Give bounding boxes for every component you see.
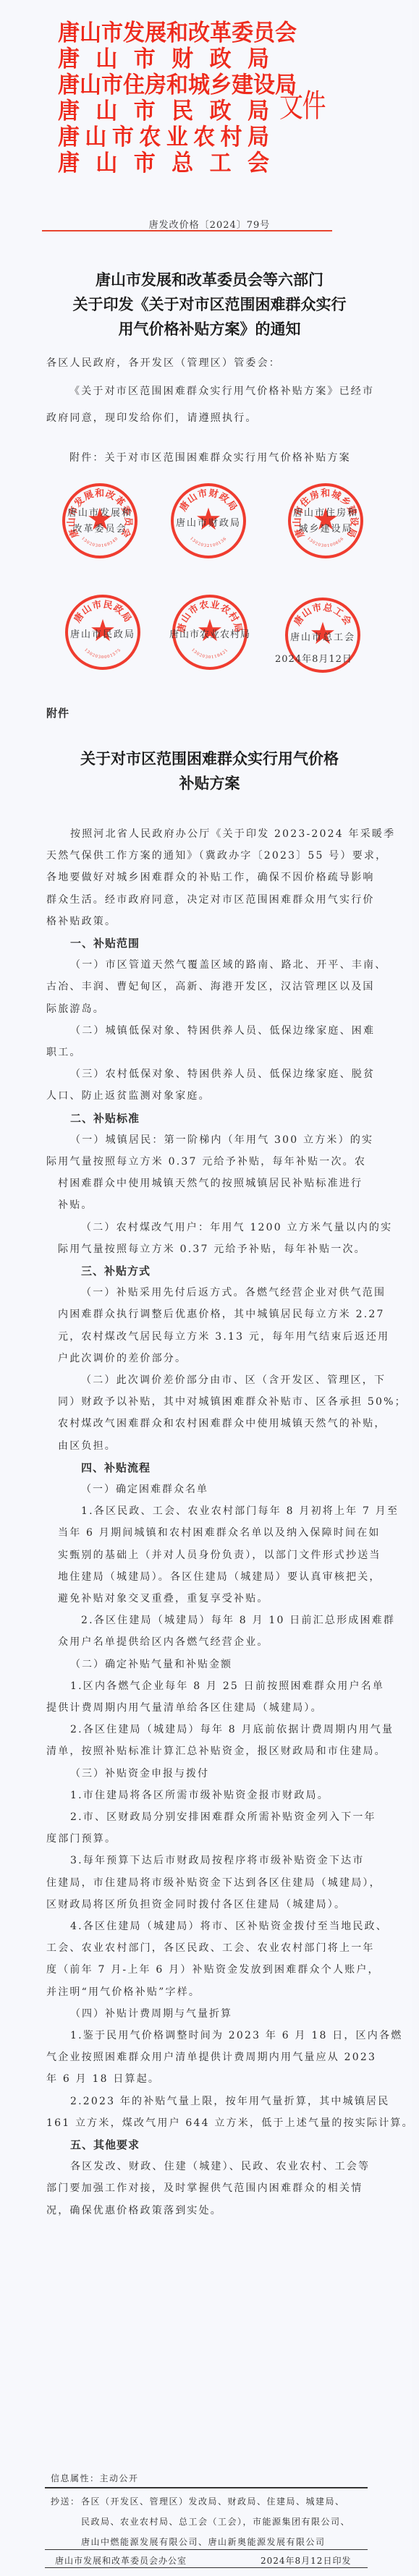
body-line: 众用户名单提供给区内各燃气经营企业。 — [58, 1635, 269, 1649]
body-line: 元，农村煤改气居民每立方米 3.13 元，每年用气结束后返还用 — [58, 1330, 389, 1344]
issuer-line: 唐山市农业农村局 — [58, 124, 269, 150]
seal-org-label: 城乡建设局 — [289, 521, 362, 535]
body-line: （三）农村低保对象、特困供养人员、低保边缘家庭、脱贫 — [70, 1067, 375, 1081]
notice-title-line-2: 关于印发《关于对市区范围困难群众实行 — [0, 292, 419, 317]
body-line: 人口、防止返贫监测对象家庭。 — [46, 1089, 211, 1103]
body-line: 1.区内各燃气企业每年 8 月 25 日前按照困难群众用户名单 — [70, 1679, 384, 1693]
body-line: 1.鉴于民用气价格调整时间为 2023 年 6 月 18 日，区内各燃 — [70, 2028, 402, 2043]
body-line: 实甄别的基础上（并对人员身份负责），以部门文件形式抄送当 — [58, 1548, 381, 1563]
body-line: 天然气保供工作方案的通知》（冀政办字〔2023〕55 号）要求， — [46, 849, 387, 863]
issuer-line: 唐山市财政局 — [58, 46, 269, 72]
section-heading: 四、补贴流程 — [81, 1461, 151, 1475]
cc-label: 抄送： — [51, 2494, 80, 2509]
sign-date: 2024年8月12日 — [275, 651, 352, 665]
print-date: 2024年8月12日印发 — [261, 2554, 351, 2568]
body-line: 2.2023 年的补贴气量上限，按年用气量折算，其中城镇居民 — [70, 2094, 389, 2109]
doc-number: 唐发改价格〔2024〕79号 — [0, 217, 419, 231]
seal-org-label: 唐山市发展和 — [64, 505, 136, 519]
body-line: 农村煤改气困难群众和农村困难群众中使用城镇天然气的补贴， — [58, 1416, 386, 1431]
cc-line-2: 民政局、农业农村局、总工会（工会），市能源集团有限公司、 — [81, 2515, 350, 2529]
issuer-list: 唐山市发展和改革委员会唐山市财政局唐山市住房和城乡建设局唐山市民政局唐山市农业农… — [58, 20, 269, 177]
body-line: 气企业按照困难群众用户清单提供计费周期内用气量应从 2023 — [46, 2050, 376, 2065]
body-line: 况，确保优惠价格政策落到实处。 — [46, 2203, 222, 2218]
notice-body-line-1: 《关于对市区范围困难群众实行用气价格补贴方案》已经市 — [69, 384, 374, 399]
body-line: 户此次调价的差价部分。 — [58, 1351, 187, 1366]
svg-text:1302030169340: 1302030169340 — [80, 537, 119, 549]
body-line: 2.各区住建局（城建局）每年 8 月 10 日前汇总形成困难群 — [81, 1613, 395, 1628]
body-line: 住建局，市住建局将市级补贴资金下达到各区住建局（城建局）， — [46, 1876, 381, 1890]
body-line: 度（前年 7 月-上年 6 月）补贴资金发放到困难群众个人账户， — [46, 1963, 380, 1977]
section-heading: 三、补贴方式 — [81, 1264, 151, 1278]
body-line: 并注明“用气价格补贴”字样。 — [46, 1985, 200, 1999]
body-line: 按照河北省人民政府办公厅《关于印发 2023-2024 年采暖季 — [70, 827, 395, 841]
body-line: 区财政局将区所负担资金同时拨付各区住建局（城建局）。 — [46, 1897, 346, 1912]
seal-org-label: 唐山市农业农村局 — [165, 626, 255, 640]
body-line: 161 立方米，煤改气用户 644 立方米，低于上述气量的按实际计算。 — [46, 2116, 414, 2130]
notice-title-line-3: 用气价格补贴方案》的通知 — [0, 317, 419, 341]
footer-rule-top — [45, 2487, 368, 2488]
seal-org-label: 唐山市财政局 — [172, 515, 245, 529]
body-line: 清单，按照补贴标准计算汇总补贴资金，报区财政局和市住建局。 — [46, 1744, 386, 1759]
issuer-line: 唐山市发展和改革委员会 — [58, 20, 269, 46]
body-line: 各区发改、财政、住建（城建）、民政、农业农村、工会等 — [70, 2159, 370, 2174]
page-2 — [0, 686, 412, 1539]
section-heading: （三）补贴资金申报与拨付 — [70, 1767, 209, 1781]
body-line: 际用气量按照每立方米 0.37 元给予补贴，每年补贴一次。农 — [46, 1155, 366, 1169]
section-heading: 二、补贴标准 — [70, 1111, 140, 1126]
info-attribute: 信息属性：主动公开 — [51, 2471, 139, 2486]
body-line: （二）城镇低保对象、特困供养人员、低保边缘家庭、困难 — [70, 1024, 375, 1038]
attachment-title-line-2: 补贴方案 — [0, 771, 419, 796]
addressee: 各区人民政府，各开发区（管理区）管委会： — [46, 356, 281, 370]
body-line: 际用气量按照每立方米 0.37 元给予补贴，每年补贴一次。 — [58, 1242, 366, 1257]
section-heading: （一）确定困难群众名单 — [81, 1482, 208, 1497]
issuer-office: 唐山市发展和改革委员会办公室 — [55, 2554, 187, 2568]
body-line: 格补贴政策。 — [46, 914, 117, 929]
body-line: 同）财政予以补贴，其中对城镇困难群众补贴市、区各承担 50%； — [58, 1395, 407, 1409]
seal-org-label: 唐山市总工会 — [287, 629, 359, 643]
attachment-label: 附件 — [46, 706, 69, 720]
body-line: 当年 6 月期间城镇和农村困难群众名单以及纳入保障时间在如 — [58, 1526, 381, 1540]
body-line: 年 6 月 18 日算起。 — [46, 2072, 160, 2086]
body-line: 4.各区住建局（城建局）将市、区补贴资金拨付至当地民政、 — [70, 1919, 388, 1934]
red-divider — [42, 230, 332, 231]
seal-org-label: 唐山市民政局 — [67, 626, 139, 640]
body-line: 地住建局（城建局）。各区住建局（城建局）要认真审核把关， — [58, 1570, 381, 1584]
body-line: （一）市区管道天然气覆盖区域的路南、路北、开平、丰南、 — [70, 958, 386, 972]
section-heading: 五、其他要求 — [70, 2138, 140, 2152]
body-line: 内困难群众执行调整后优惠价格，其中城镇居民每立方米 2.27 — [58, 1307, 385, 1322]
body-line: 2.市、区财政局分别安排困难群众所需补贴资金列入下一年 — [70, 1810, 376, 1824]
body-line: 1.市住建局将各区所需市级补贴资金报市财政局。 — [70, 1788, 329, 1803]
footer-rule-mid — [45, 2549, 368, 2550]
body-line: 各地要做好对城乡困难群众的补贴工作，确保不因价格疏导影响 — [46, 870, 375, 885]
body-line: 部门要加强工作对接，及时掌握供气范围内困难群众的相关情 — [46, 2181, 363, 2195]
body-line: 古冶、丰润、曹妃甸区，高新、海港开发区，汉沽管理区以及国 — [46, 979, 375, 994]
section-heading: （四）补贴计费周期与气量折算 — [70, 2007, 232, 2021]
issuer-line: 唐山市总工会 — [58, 150, 269, 177]
body-line: 1.各区民政、工会、农业农村部门每年 8 月初将上年 7 月至 — [81, 1504, 399, 1518]
body-line: 村困难群众中使用城镇天然气的按照城镇居民补贴标准进行 — [58, 1176, 363, 1191]
svg-text:1302030118421: 1302030118421 — [190, 648, 229, 660]
doc-type-label: 文件 — [279, 80, 325, 126]
body-line: 2.各区住建局（城建局）每年 8 月底前依据计费周期内用气量 — [70, 1722, 394, 1737]
body-line: 提供计费周期内用气量清单给各区住建局（城建局）。 — [46, 1701, 323, 1715]
body-line: （一）补贴采用先付后返方式。各燃气经营企业对供气范围 — [81, 1285, 386, 1300]
notice-body-line-2: 政府同意，现印发给你们，请遵照执行。 — [46, 411, 258, 425]
seal-org-label: 唐山市住房和 — [289, 505, 362, 519]
body-line: 由区负担。 — [58, 1439, 117, 1453]
notice-title-line-1: 唐山市发展和改革委员会等六部门 — [0, 268, 419, 292]
body-line: 际旅游岛。 — [46, 1002, 105, 1016]
issuer-line: 唐山市民政局 — [58, 98, 269, 124]
body-line: 补贴。 — [58, 1198, 93, 1212]
body-line: 群众生活。经市政府同意，决定对市区范围困难群众用气实行价 — [46, 893, 375, 907]
svg-text:1302032100136: 1302032100136 — [189, 537, 228, 549]
cc-line-3: 唐山中燃能源发展有限公司、唐山新奥能源发展有限公司 — [81, 2535, 326, 2549]
body-line: （一）城镇居民：第一阶梯内（年用气 300 立方米）的实 — [70, 1133, 373, 1147]
body-line: 度部门预算。 — [46, 1832, 117, 1846]
section-heading: 一、补贴范围 — [70, 936, 140, 951]
seal-org-label: 改革委员会 — [64, 521, 136, 535]
body-line: 避免补贴对象交叉重叠，重复享受补贴。 — [58, 1591, 269, 1606]
svg-text:1302030001575: 1302030001575 — [83, 648, 122, 660]
cc-line-1: 各区（开发区、管理区）发改局、财政局、住建局、城建局、 — [81, 2494, 345, 2509]
footer-rule-bottom — [45, 2567, 368, 2568]
body-line: 3.每年预算下达后市财政局按程序将市级补贴资金下达市 — [70, 1853, 365, 1868]
attachment-reference: 附件：关于对市区范围困难群众实行用气价格补贴方案 — [69, 451, 351, 465]
section-heading: （二）确定补贴气量和补贴金额 — [70, 1657, 232, 1672]
body-line: 职工。 — [46, 1045, 82, 1060]
body-line: （二）农村煤改气用户：年用气 1200 立方米气量以内的实 — [81, 1220, 392, 1235]
attachment-title-line-1: 关于对市区范围困难群众实行用气价格 — [0, 747, 419, 771]
issuer-line: 唐山市住房和城乡建设局 — [58, 72, 269, 98]
body-line: 工会、农业农村部门，各区民政、工会、农业农村部门将上一年 — [46, 1941, 375, 1955]
svg-text:1302030100666: 1302030100666 — [306, 537, 345, 549]
body-line: （二）此次调价差价部分由市、区（含开发区、管理区，下 — [81, 1373, 386, 1387]
